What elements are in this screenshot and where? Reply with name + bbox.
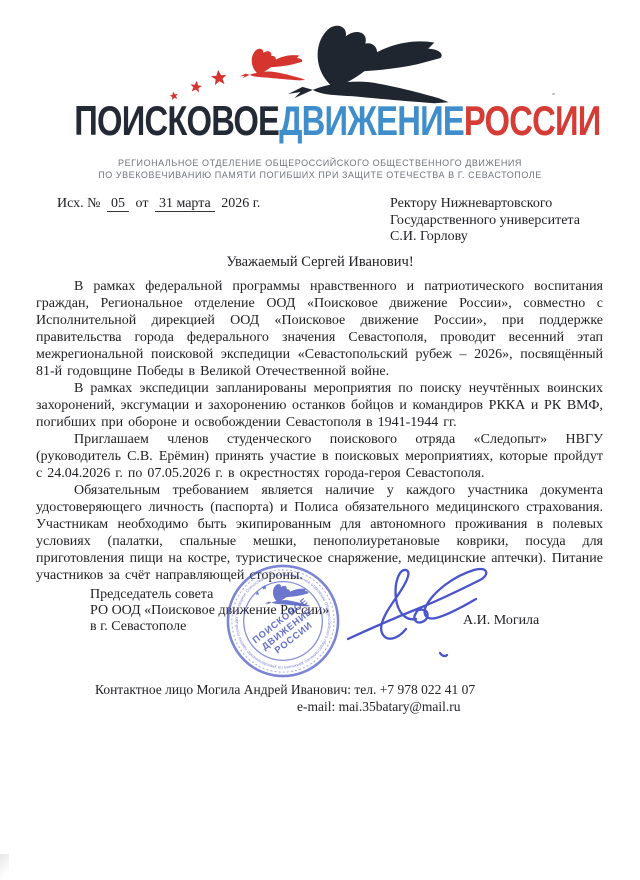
paragraph-3: Приглашаем членов студенческого поисково… <box>36 431 603 482</box>
scan-corner-smudge <box>0 854 9 880</box>
black-crane-icon <box>288 26 449 104</box>
round-stamp: Региональное отделение Общероссийского о… <box>224 562 342 680</box>
logo-word-dvizhenie: ДВИЖЕНИЕ <box>279 97 464 144</box>
reference-line: Исх. № 05 от 31 марта 2026 г. <box>57 196 263 212</box>
logo-emblem <box>158 20 453 108</box>
red-stars-icon <box>169 69 228 100</box>
reference-prefix: Исх. № <box>57 196 101 211</box>
contact-person-phone: Контактное лицо Могила Андрей Иванович: … <box>95 682 475 699</box>
org-subtitle: РЕГИОНАЛЬНОЕ ОТДЕЛЕНИЕ ОБЩЕРОССИЙСКОГО О… <box>0 157 640 181</box>
reference-ot: от <box>136 196 149 211</box>
org-subtitle-line1: РЕГИОНАЛЬНОЕ ОТДЕЛЕНИЕ ОБЩЕРОССИЙСКОГО О… <box>0 157 640 169</box>
red-crane-icon <box>240 49 306 81</box>
reference-date: 31 марта <box>155 196 215 212</box>
reference-year: 2026 г. <box>221 196 260 211</box>
letter-body: В рамках федеральной программы нравствен… <box>36 278 603 584</box>
logo-word-poiskovoe: ПОИСКОВОЕ <box>74 97 279 144</box>
org-subtitle-line2: ПО УВЕКОВЕЧИВАНИЮ ПАМЯТИ ПОГИБШИХ ПРИ ЗА… <box>0 169 640 181</box>
letter-page: ПОИСКОВОЕДВИЖЕНИЕРОССИИ РЕГИОНАЛЬНОЕ ОТД… <box>0 0 640 880</box>
addressee-line3: С.И. Горлову <box>390 229 580 246</box>
paragraph-2: В рамках экспедиции запланированы меропр… <box>36 380 603 431</box>
scan-speck <box>552 93 555 95</box>
paragraph-1: В рамках федеральной программы нравствен… <box>36 278 603 380</box>
reference-number: 05 <box>107 196 129 212</box>
signature-block: Председатель совета РО ООД «Поисковое дв… <box>0 585 640 745</box>
signer-name: А.И. Могила <box>463 613 539 629</box>
contact-email: e-mail: mai.35batary@mail.ru <box>297 699 475 716</box>
logo-wordmark: ПОИСКОВОЕДВИЖЕНИЕРОССИИ <box>0 99 640 143</box>
addressee-line1: Ректору Нижневартовского <box>390 196 580 213</box>
contact-block: Контактное лицо Могила Андрей Иванович: … <box>95 682 475 715</box>
addressee-line2: Государственного университета <box>390 213 580 230</box>
salutation: Уважаемый Сергей Иванович! <box>0 254 640 271</box>
logo-word-rossii: РОССИИ <box>464 97 601 144</box>
addressee-block: Ректору Нижневартовского Государственног… <box>390 196 580 246</box>
